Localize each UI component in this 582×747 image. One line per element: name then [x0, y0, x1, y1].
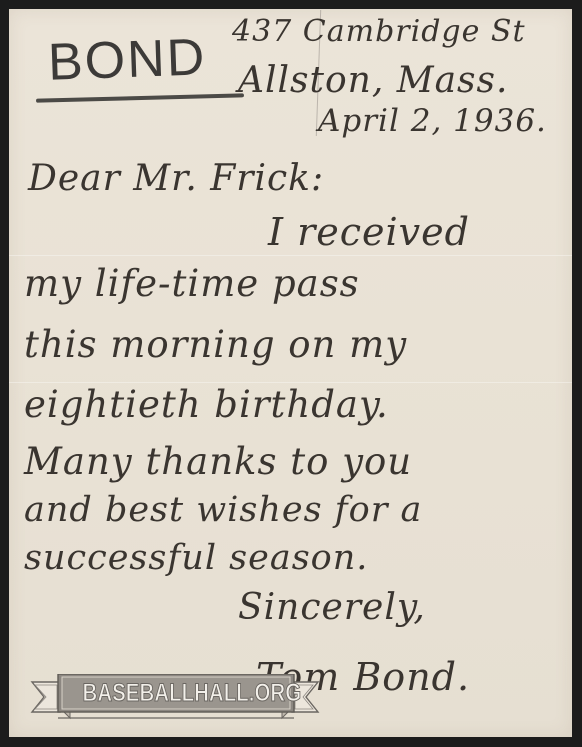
body-line: eightieth birthday.: [24, 383, 389, 426]
address-line-1: 437 Cambridge St: [232, 14, 526, 49]
body-line: and best wishes for a: [24, 490, 422, 530]
body-line: Many thanks to you: [24, 440, 412, 483]
paper-fold-line: [9, 255, 572, 256]
baseballhall-watermark: BASEBALLHALL.ORG: [30, 674, 320, 724]
body-line: I received: [268, 210, 470, 254]
address-line-2: Allston, Mass.: [238, 60, 508, 101]
body-line: successful season.: [24, 538, 368, 578]
letter-date: April 2, 1936.: [318, 103, 547, 139]
body-line: this morning on my: [24, 323, 407, 366]
archive-annotation: BOND: [47, 27, 207, 92]
body-line: my life-time pass: [24, 262, 360, 305]
watermark-text: BASEBALLHALL.ORG: [83, 678, 270, 708]
salutation: Dear Mr. Frick:: [28, 158, 324, 199]
letter-closing: Sincerely,: [238, 587, 426, 628]
